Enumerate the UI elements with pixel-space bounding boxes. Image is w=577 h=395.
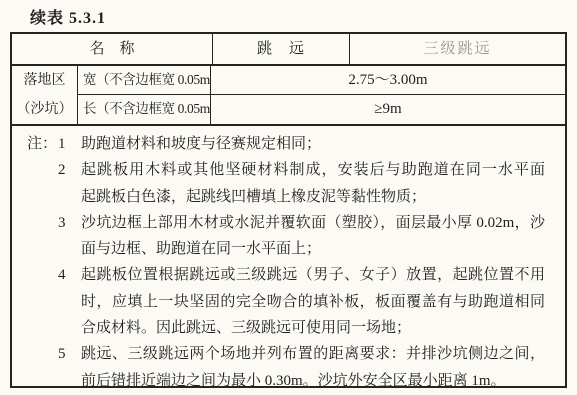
note-line: 时，应填上一块坚固的完全吻合的填补板，板面覆盖有与助跑道相同的 [27, 289, 545, 315]
note-text: 合成材料。因此跳远、三级跳远可使用同一场地； [81, 315, 545, 341]
note-line: 合成材料。因此跳远、三级跳远可使用同一场地； [27, 315, 545, 341]
table-row-width: 宽（不含边框宽 0.05m） 2.75～3.00m [78, 66, 565, 95]
header-cell-triple-jump: 三级跳远 [350, 34, 565, 64]
row-value-length: ≥9m [211, 95, 565, 124]
table-header-row: 名 称 跳 远 三级跳远 [12, 34, 565, 66]
note-line: 前后错排近端边之间为最小 0.30m。沙坑外安全区最小距离 1m。 [27, 368, 545, 394]
group-label-line2: （沙坑） [12, 95, 77, 124]
note-number: 1 [58, 131, 81, 157]
row-label-width: 宽（不含边框宽 0.05m） [78, 66, 211, 94]
note-text: 起跳板用木料或其他坚硬材料制成，安装后与助跑道在同一水平面上， [81, 157, 545, 183]
note-text: 跳远、三级跳远两个场地并列布置的距离要求：并排沙坑侧边之间，或 [81, 341, 545, 367]
note-number: 4 [58, 262, 81, 288]
notes-section: 注： 1 助跑道材料和坡度与径赛规定相同； 2 起跳板用木料或其他坚硬材料制成，… [12, 126, 565, 394]
note-line: 4 起跳板位置根据跳远或三级跳远（男子、女子）放置，起跳位置不用 [27, 262, 545, 288]
table-data-rows: 宽（不含边框宽 0.05m） 2.75～3.00m 长（不含边框宽 0.05m）… [78, 66, 565, 124]
row-label-length: 长（不含边框宽 0.05m） [78, 95, 211, 124]
note-line: 3 沙坑边框上部用木材或水泥并覆软面（塑胶），面层最小厚 0.02m，沙 [27, 210, 545, 236]
note-line: 5 跳远、三级跳远两个场地并列布置的距离要求：并排沙坑侧边之间，或 [27, 341, 545, 367]
row-value-width: 2.75～3.00m [211, 66, 565, 94]
notes-label: 注： [27, 131, 58, 157]
note-text: 时，应填上一块坚固的完全吻合的填补板，板面覆盖有与助跑道相同的 [81, 289, 545, 315]
scanned-document-page: { "page": { "title": "续表 5.3.1", "backgr… [0, 0, 577, 395]
table-row-length: 长（不含边框宽 0.05m） ≥9m [78, 95, 565, 124]
header-cell-name: 名 称 [12, 34, 213, 64]
row-group-landing-area: 落地区 （沙坑） [12, 66, 78, 124]
table-5-3-1: 名 称 跳 远 三级跳远 落地区 （沙坑） 宽（不含边框宽 0.05m） 2.7… [10, 32, 567, 388]
note-text: 前后错排近端边之间为最小 0.30m。沙坑外安全区最小距离 1m。 [81, 368, 545, 394]
table-caption: 续表 5.3.1 [30, 5, 106, 28]
note-number: 5 [58, 341, 81, 367]
note-text: 面与边框、助跑道在同一水平面上； [81, 236, 545, 262]
note-number: 2 [58, 157, 81, 183]
note-text: 沙坑边框上部用木材或水泥并覆软面（塑胶），面层最小厚 0.02m，沙 [81, 210, 545, 236]
group-label-line1: 落地区 [12, 66, 77, 95]
table-body: 落地区 （沙坑） 宽（不含边框宽 0.05m） 2.75～3.00m 长（不含边… [12, 66, 565, 126]
note-line: 注： 1 助跑道材料和坡度与径赛规定相同； [27, 131, 545, 157]
note-line: 2 起跳板用木料或其他坚硬材料制成，安装后与助跑道在同一水平面上， [27, 157, 545, 183]
note-text: 起跳板位置根据跳远或三级跳远（男子、女子）放置，起跳位置不用 [81, 262, 545, 288]
note-line: 面与边框、助跑道在同一水平面上； [27, 236, 545, 262]
note-number: 3 [58, 210, 81, 236]
header-cell-long-jump: 跳 远 [213, 34, 350, 64]
note-line: 起跳板白色漆，起跳线凹槽填上橡皮泥等黏性物质； [27, 184, 545, 210]
note-text: 助跑道材料和坡度与径赛规定相同； [81, 131, 545, 157]
note-text: 起跳板白色漆，起跳线凹槽填上橡皮泥等黏性物质； [81, 184, 545, 210]
